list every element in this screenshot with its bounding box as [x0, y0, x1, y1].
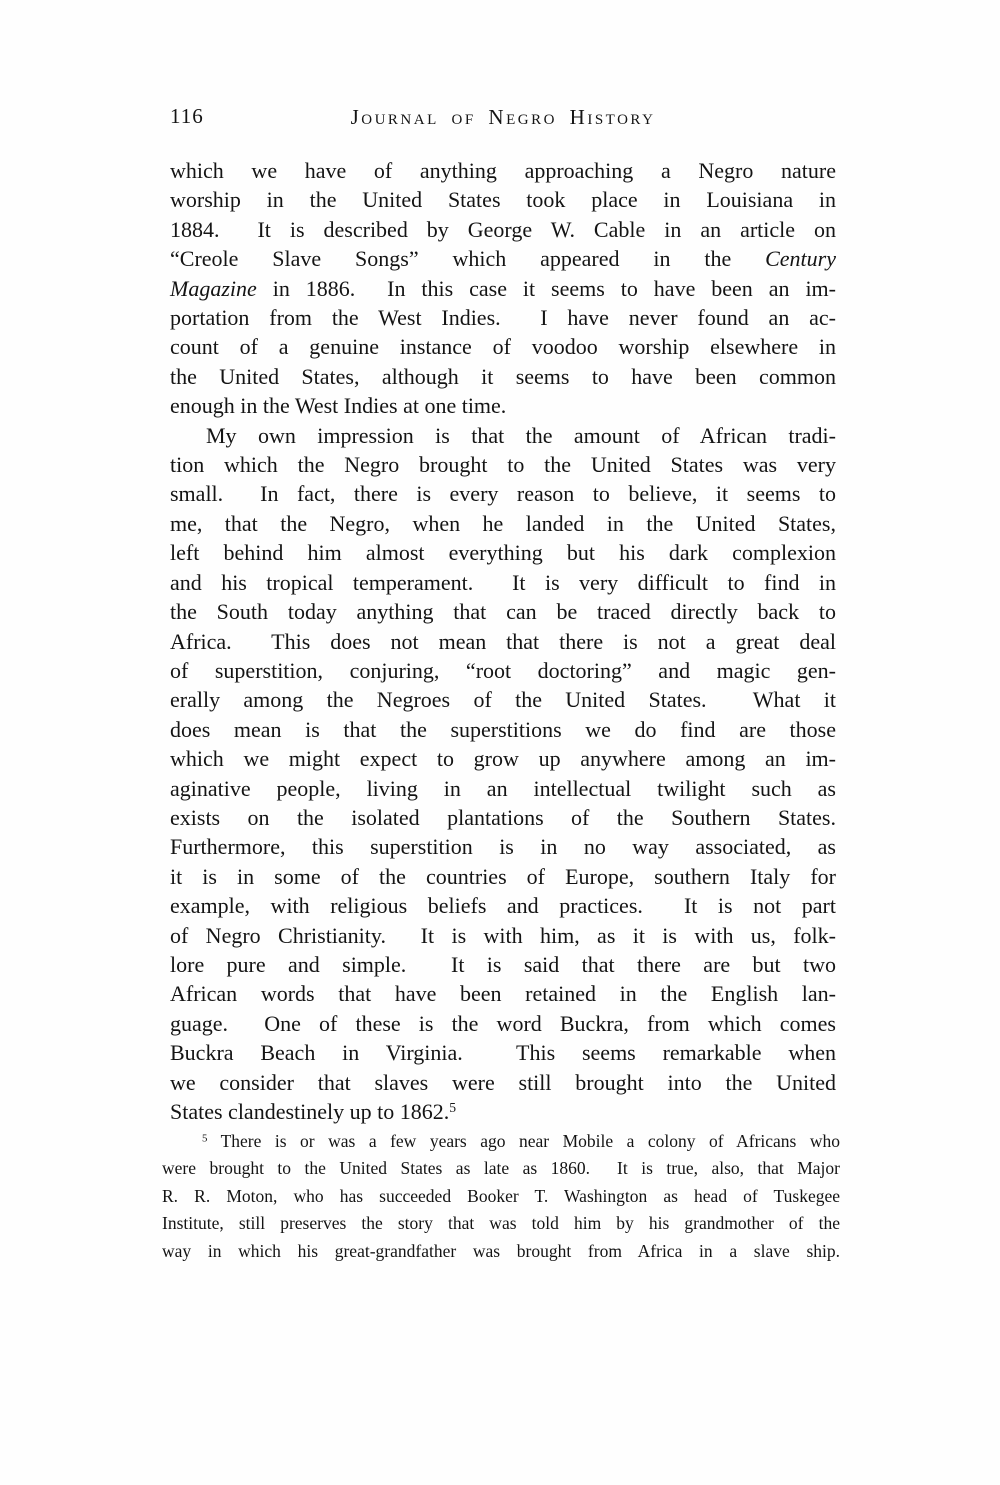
text-line: and his tropical temperament. It is very…	[170, 568, 836, 597]
text-line: African words that have been retained in…	[170, 979, 836, 1008]
text-line: left behind him almost everything but hi…	[170, 538, 836, 567]
text-line: which we have of anything approaching a …	[170, 156, 836, 185]
text-segment: guage. One of these is the word Buckra, …	[170, 1011, 836, 1036]
text-segment: of Negro Christianity. It is with him, a…	[170, 923, 836, 948]
italic-text: Century	[765, 246, 836, 271]
footnote: 5 There is or was a few years ago near M…	[162, 1128, 840, 1265]
text-line: we consider that slaves were still broug…	[170, 1068, 836, 1097]
text-line: erally among the Negroes of the United S…	[170, 685, 836, 714]
text-segment: of superstition, conjuring, “root doctor…	[170, 658, 836, 683]
text-segment: exists on the isolated plantations of th…	[170, 805, 836, 830]
text-line: the United States, although it seems to …	[170, 362, 836, 391]
text-segment: in 1886. In this case it seems to have b…	[257, 276, 836, 301]
text-line: Africa. This does not mean that there is…	[170, 627, 836, 656]
text-line: of Negro Christianity. It is with him, a…	[170, 921, 836, 950]
text-line: R. R. Moton, who has succeeded Booker T.…	[162, 1183, 840, 1210]
text-segment: which we have of anything approaching a …	[170, 158, 836, 183]
text-segment: which we might expect to grow up anywher…	[170, 746, 836, 771]
text-segment: Buckra Beach in Virginia. This seems rem…	[170, 1040, 836, 1065]
text-segment: small. In fact, there is every reason to…	[170, 481, 836, 506]
text-line: States clandestinely up to 1862.5	[170, 1097, 836, 1126]
text-line: which we might expect to grow up anywher…	[170, 744, 836, 773]
text-line: the South today anything that can be tra…	[170, 597, 836, 626]
text-segment: Furthermore, this superstition is in no …	[170, 834, 836, 859]
text-segment: example, with religious beliefs and prac…	[170, 893, 836, 918]
text-line: worship in the United States took place …	[170, 185, 836, 214]
text-segment: enough in the West Indies at one time.	[170, 393, 506, 418]
text-segment: erally among the Negroes of the United S…	[170, 687, 836, 712]
body-text: which we have of anything approaching a …	[170, 156, 836, 1126]
text-segment: it is in some of the countries of Europe…	[170, 864, 836, 889]
text-line: aginative people, living in an intellect…	[170, 774, 836, 803]
text-line: guage. One of these is the word Buckra, …	[170, 1009, 836, 1038]
scanned-page: 116 Journal of Negro History which we ha…	[0, 0, 1000, 1485]
text-line: Institute, still preserves the story tha…	[162, 1210, 840, 1237]
text-line: of superstition, conjuring, “root doctor…	[170, 656, 836, 685]
page-header: 116 Journal of Negro History	[170, 104, 836, 136]
text-line: portation from the West Indies. I have n…	[170, 303, 836, 332]
text-segment: does mean is that the superstitions we d…	[170, 717, 836, 742]
text-line: way in which his great-grandfather was b…	[162, 1238, 840, 1265]
text-line: Magazine in 1886. In this case it seems …	[170, 274, 836, 303]
text-segment: R. R. Moton, who has succeeded Booker T.…	[162, 1186, 840, 1206]
text-line: exists on the isolated plantations of th…	[170, 803, 836, 832]
text-segment: worship in the United States took place …	[170, 187, 836, 212]
text-line: Buckra Beach in Virginia. This seems rem…	[170, 1038, 836, 1067]
text-segment: Institute, still preserves the story tha…	[162, 1213, 840, 1233]
text-segment: count of a genuine instance of voodoo wo…	[170, 334, 836, 359]
text-segment: portation from the West Indies. I have n…	[170, 305, 836, 330]
text-line: lore pure and simple. It is said that th…	[170, 950, 836, 979]
text-segment: and his tropical temperament. It is very…	[170, 570, 836, 595]
text-line: me, that the Negro, when he landed in th…	[170, 509, 836, 538]
text-line: Furthermore, this superstition is in no …	[170, 832, 836, 861]
text-line: example, with religious beliefs and prac…	[170, 891, 836, 920]
text-line: small. In fact, there is every reason to…	[170, 479, 836, 508]
text-segment: left behind him almost everything but hi…	[170, 540, 836, 565]
text-segment: were brought to the United States as lat…	[162, 1158, 840, 1178]
text-segment: States clandestinely up to 1862.	[170, 1099, 449, 1124]
text-segment: Africa. This does not mean that there is…	[170, 629, 836, 654]
text-line: it is in some of the countries of Europe…	[170, 862, 836, 891]
text-line: enough in the West Indies at one time.	[170, 391, 836, 420]
text-segment: way in which his great-grandfather was b…	[162, 1241, 840, 1261]
text-line: My own impression is that the amount of …	[170, 421, 836, 450]
text-segment: aginative people, living in an intellect…	[170, 776, 836, 801]
text-line: does mean is that the superstitions we d…	[170, 715, 836, 744]
text-line: tion which the Negro brought to the Unit…	[170, 450, 836, 479]
text-line: were brought to the United States as lat…	[162, 1155, 840, 1182]
text-segment: My own impression is that the amount of …	[206, 423, 836, 448]
text-segment: There is or was a few years ago near Mob…	[207, 1131, 840, 1151]
running-head: Journal of Negro History	[170, 105, 836, 130]
text-line: 5 There is or was a few years ago near M…	[162, 1128, 840, 1155]
text-segment: we consider that slaves were still broug…	[170, 1070, 836, 1095]
text-segment: lore pure and simple. It is said that th…	[170, 952, 836, 977]
text-segment: “Creole Slave Songs” which appeared in t…	[170, 246, 765, 271]
text-segment: 1884. It is described by George W. Cable…	[170, 217, 836, 242]
italic-text: Magazine	[170, 276, 257, 301]
text-line: 1884. It is described by George W. Cable…	[170, 215, 836, 244]
text-segment: the United States, although it seems to …	[170, 364, 836, 389]
footnote-marker: 5	[449, 1100, 456, 1115]
text-segment: me, that the Negro, when he landed in th…	[170, 511, 836, 536]
text-line: count of a genuine instance of voodoo wo…	[170, 332, 836, 361]
text-segment: African words that have been retained in…	[170, 981, 836, 1006]
text-line: “Creole Slave Songs” which appeared in t…	[170, 244, 836, 273]
text-segment: the South today anything that can be tra…	[170, 599, 836, 624]
text-segment: tion which the Negro brought to the Unit…	[170, 452, 836, 477]
